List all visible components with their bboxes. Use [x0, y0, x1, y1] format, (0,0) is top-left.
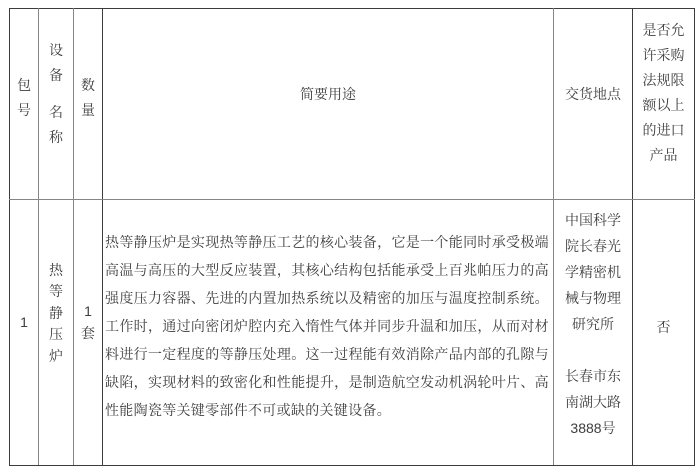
cell-quantity: 1套	[74, 200, 103, 466]
header-quantity-label: 数量	[80, 73, 96, 135]
header-delivery-place-label: 交货地点	[554, 84, 632, 124]
header-package-no: 包号	[10, 9, 39, 200]
header-allow-import-label: 是否允许采购法规限额以上的进口产品	[633, 18, 694, 190]
header-equipment-name-bottom: 名称	[48, 100, 64, 150]
quantity-text: 1套	[80, 300, 96, 344]
delivery-org-text: 中国科学院长春光学精密机械与物理研究所	[563, 207, 623, 337]
delivery-address-text: 长春市东南湖大路3888号	[563, 363, 623, 441]
header-equipment-name-top: 设备	[48, 38, 64, 88]
equipment-name-text: 热等静压炉	[48, 260, 64, 368]
header-purpose: 简要用途	[103, 9, 554, 200]
cell-allow-import: 否	[633, 200, 695, 466]
header-delivery-place: 交货地点	[554, 9, 633, 200]
header-purpose-label: 简要用途	[103, 84, 553, 124]
table-header-row: 包号 设备 名称 数量 简要用途 交货地点 是否	[10, 9, 695, 200]
cell-delivery-place: 中国科学院长春光学精密机械与物理研究所 长春市东南湖大路3888号	[554, 200, 633, 466]
cell-equipment-name: 热等静压炉	[39, 200, 74, 466]
cell-purpose: 热等静压炉是实现热等静压工艺的核心装备，它是一个能同时承受极端高温与高压的大型反…	[103, 200, 554, 466]
header-allow-import: 是否允许采购法规限额以上的进口产品	[633, 9, 695, 200]
document-page: 包号 设备 名称 数量 简要用途 交货地点 是否	[0, 0, 700, 473]
delivery-paragraph-gap	[563, 337, 623, 363]
table-row: 1 热等静压炉 1套 热等静压炉是实现热等静压工艺的核心装备，它是一个能同时承受…	[10, 200, 695, 466]
header-package-no-label: 包号	[16, 73, 32, 135]
header-equipment-name: 设备 名称	[39, 9, 74, 200]
cell-package-no: 1	[10, 200, 39, 466]
purpose-text: 热等静压炉是实现热等静压工艺的核心装备，它是一个能同时承受极端高温与高压的大型反…	[105, 228, 549, 424]
procurement-lot-table: 包号 设备 名称 数量 简要用途 交货地点 是否	[9, 8, 695, 466]
header-quantity: 数量	[74, 9, 103, 200]
